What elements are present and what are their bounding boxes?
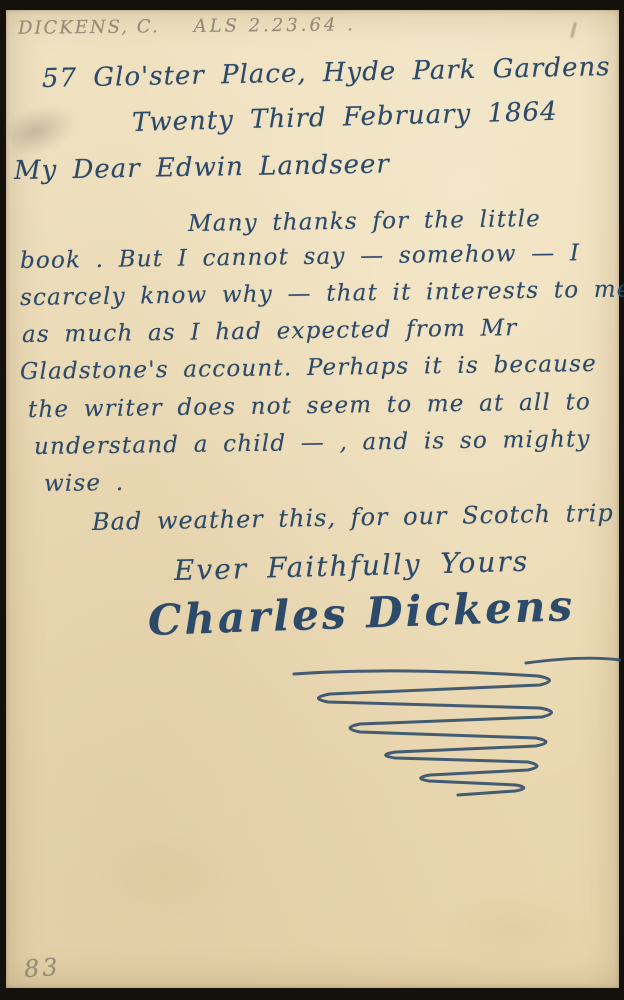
faint-pencil-smudge [3, 96, 84, 161]
closing-line: Ever Faithfully Yours [174, 545, 530, 587]
body-line-3: scarcely know why — that it interests to… [20, 276, 624, 311]
body-line-8: wise . [44, 470, 125, 497]
archival-author-label: DICKENS, C. [18, 16, 160, 38]
archival-catalog-code: ALS 2.23.64 . [194, 14, 356, 37]
date-line: Twenty Third February 1864 [132, 97, 558, 138]
body-line-5: Gladstone's account. Perhaps it is becau… [20, 351, 597, 385]
body-line-6: the writer does not seem to me at all to [28, 389, 591, 423]
body-line-1: Many thanks for the little [188, 206, 541, 237]
body-line-7: understand a child — , and is so mighty [34, 426, 591, 460]
body-line-4: as much as I had expected from Mr [22, 315, 518, 348]
salutation: My Dear Edwin Landseer [14, 149, 390, 186]
body-line-2: book . But I cannot say — somehow — I [20, 240, 581, 274]
paper-stain [96, 830, 236, 920]
archival-page-number: 83 [23, 953, 61, 983]
paper-stain [436, 890, 596, 970]
postscript-line: Bad weather this, for our Scotch trip ! [92, 498, 624, 536]
letter-scan: DICKENS, C.ALS 2.23.64 . 57 Glo'ster Pla… [0, 0, 624, 1000]
signature: Charles Dickens [147, 581, 576, 645]
address-line: 57 Glo'ster Place, Hyde Park Gardens [42, 52, 611, 94]
archival-note-top: DICKENS, C.ALS 2.23.64 . [18, 14, 356, 39]
letter-page: DICKENS, C.ALS 2.23.64 . 57 Glo'ster Pla… [6, 10, 619, 988]
pencil-corner-mark [570, 22, 577, 38]
signature-flourish [288, 654, 624, 806]
